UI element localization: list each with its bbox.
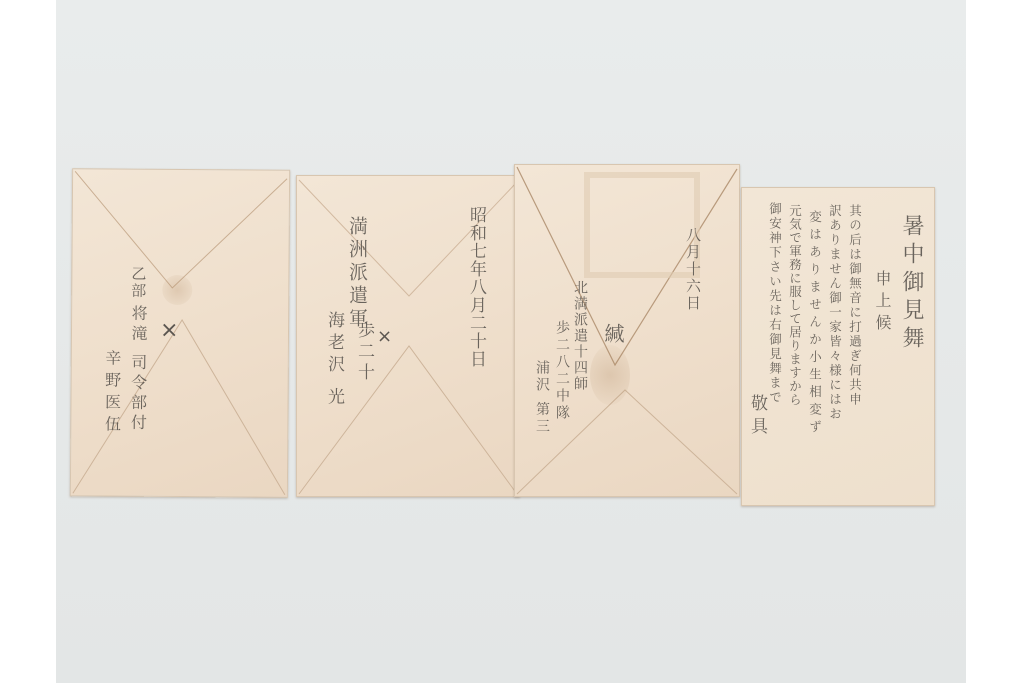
postcard-line-3: 訳ありません御一家皆々様にはお bbox=[828, 204, 841, 422]
envelope-2-unit: 満洲派遣軍 bbox=[347, 216, 366, 331]
postcard-title: 暑中御見舞 bbox=[900, 214, 922, 354]
photo-background: 乙部 将滝 司令部付 辛野医伍 × 昭和七年八月二十日 満洲派遣軍 歩二十 海老… bbox=[56, 0, 966, 683]
envelope-2-sender: 海老沢 光 bbox=[325, 311, 342, 409]
envelope-1-line-3: 辛野医伍 bbox=[103, 349, 120, 437]
postcard-line-5: 元気で軍務に服して居りますから bbox=[788, 204, 801, 407]
envelope-3-date: 八月十六日 bbox=[685, 227, 700, 312]
envelope-flap-lines bbox=[71, 169, 289, 497]
postcard-line-6: 御安神下さい先は右御見舞まで bbox=[768, 202, 781, 405]
envelope-3-seal: 緘 bbox=[603, 323, 623, 345]
envelope-flap-lines bbox=[515, 165, 739, 496]
envelope-2: 昭和七年八月二十日 満洲派遣軍 歩二十 海老沢 光 × bbox=[296, 175, 520, 497]
envelope-3-unit: 北満派遣十四師 bbox=[573, 280, 587, 392]
envelope-2-date: 昭和七年八月二十日 bbox=[467, 206, 484, 368]
envelope-3-company: 歩二八二中隊 bbox=[555, 320, 569, 422]
envelope-1-line-1: 乙部 bbox=[130, 266, 145, 300]
envelope-3: 八月十六日 緘 北満派遣十四師 歩二八二中隊 浦沢 第三 bbox=[514, 164, 740, 497]
postcard-line-4: 変はありませんか小生相変ず bbox=[808, 210, 821, 438]
envelope-2-cross-mark: × bbox=[377, 326, 392, 347]
envelope-2-regiment: 歩二十 bbox=[355, 321, 372, 384]
envelope-3-sender: 浦沢 第三 bbox=[535, 360, 549, 435]
postcard: 暑中御見舞 申上候 其の后は御無音に打過ぎ何共申 訳ありません御一家皆々様にはお… bbox=[741, 187, 935, 506]
envelope-1: 乙部 将滝 司令部付 辛野医伍 × bbox=[70, 168, 290, 498]
postcard-closing: 敬具 bbox=[748, 394, 765, 440]
envelope-1-line-2: 将滝 司令部付 bbox=[129, 305, 146, 434]
postcard-line-1: 申上候 bbox=[874, 270, 890, 336]
envelope-1-cross-mark: × bbox=[160, 318, 179, 343]
postcard-line-2: 其の后は御無音に打過ぎ何共申 bbox=[848, 204, 861, 407]
